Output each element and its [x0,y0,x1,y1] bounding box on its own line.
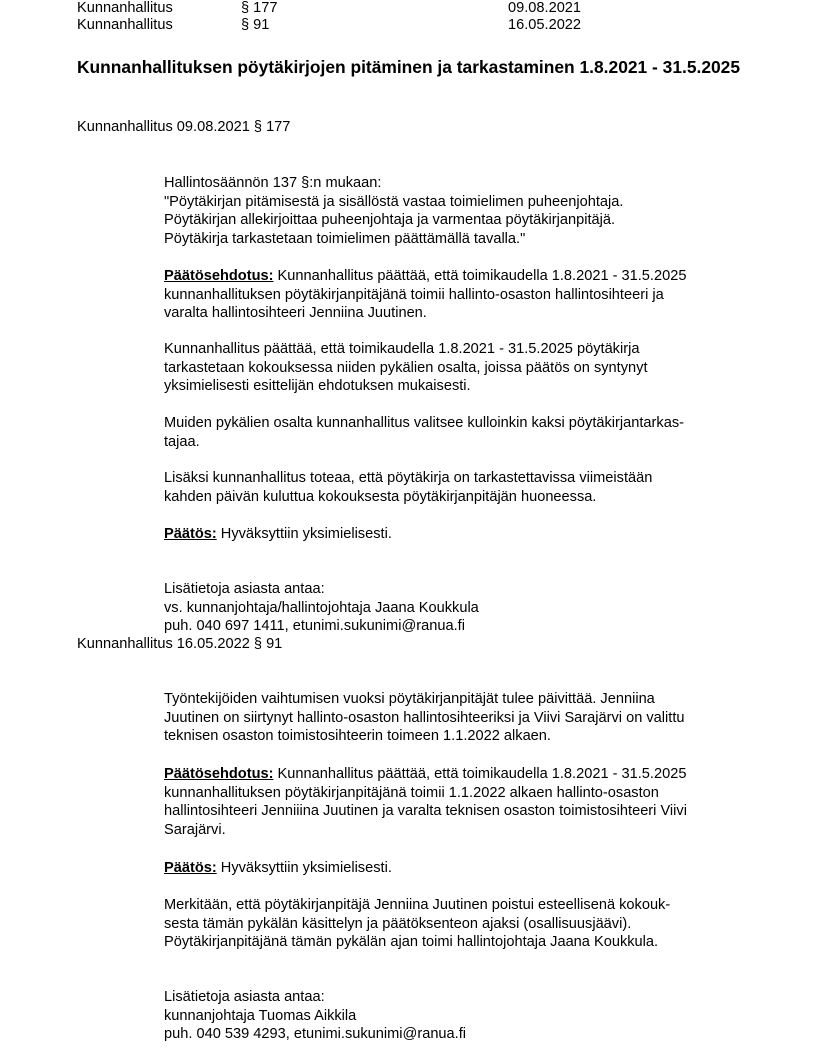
section-heading-2: Kunnanhallitus 16.05.2022 § 91 [77,636,282,653]
section-1-paragraph-2: Muiden pykälien osalta kunnanhallitus va… [164,414,764,451]
section-2-paragraph-1: Merkitään, että pöytäkirjanpitäjä Jennii… [164,896,764,952]
intro-line: Pöytäkirja tarkastetaan toimielimen päät… [164,230,764,249]
contact-line: kunnanjohtaja Tuomas Aikkila [164,1007,764,1026]
paragraph-line: Kunnanhallitus päättää, että toimikaudel… [164,340,764,359]
proposal-text: varalta hallintosihteeri Jenniina Juutin… [164,304,764,323]
decision-label: Päätös: [164,526,217,542]
contact-email-line: puh. 040 539 4293, etunimi.sukunimi@ranu… [164,1025,764,1044]
proposal-text: kunnanhallituksen pöytäkirjanpitäjänä to… [164,784,764,803]
proposal-text: Kunnanhallitus päättää, että toimikaudel… [273,766,686,782]
header-section-2: § 91 [241,17,269,34]
decision-text: Hyväksyttiin yksimielisesti. [217,526,392,542]
document-title: Kunnanhallituksen pöytäkirjojen pitämine… [77,56,757,78]
header-date-2: 16.05.2022 [508,17,581,34]
paragraph-line: Pöytäkirjanpitäjänä tämän pykälän ajan t… [164,933,764,952]
contact-line: Lisätietoja asiasta antaa: [164,988,764,1007]
contact-line: Lisätietoja asiasta antaa: [164,580,764,599]
proposal-label: Päätösehdotus: [164,268,273,284]
section-2-intro: Työntekijöiden vaihtumisen vuoksi pöytäk… [164,690,764,746]
section-heading-1: Kunnanhallitus 09.08.2021 § 177 [77,119,290,136]
paragraph-line: kahden päivän kuluttua kokouksesta pöytä… [164,488,764,507]
intro-line: Juutinen on siirtynyt hallinto-osaston h… [164,709,764,728]
decision-text: Hyväksyttiin yksimielisesti. [217,860,392,876]
header-date-1: 09.08.2021 [508,0,581,17]
section-1-paragraph-1: Kunnanhallitus päättää, että toimikaudel… [164,340,764,396]
paragraph-line: Merkitään, että pöytäkirjanpitäjä Jennii… [164,896,764,915]
section-2-proposal: Päätösehdotus: Kunnanhallitus päättää, e… [164,765,764,839]
section-1-contact: Lisätietoja asiasta antaa: vs. kunnanjoh… [164,580,764,636]
contact-email-line: puh. 040 697 1411, etunimi.sukunimi@ranu… [164,617,764,636]
proposal-label: Päätösehdotus: [164,766,273,782]
paragraph-line: tajaa. [164,433,764,452]
proposal-text: kunnanhallituksen pöytäkirjanpitäjänä to… [164,286,764,305]
paragraph-line: tarkastetaan kokouksessa niiden pykälien… [164,359,764,378]
proposal-text: hallintosihteeri Jenniiina Juutinen ja v… [164,802,764,821]
intro-line: Työntekijöiden vaihtumisen vuoksi pöytäk… [164,690,764,709]
intro-line: Hallintosäännön 137 §:n mukaan: [164,174,764,193]
decision-label: Päätös: [164,860,217,876]
section-2-decision: Päätös: Hyväksyttiin yksimielisesti. [164,859,764,878]
proposal-text: Kunnanhallitus päättää, että toimikaudel… [273,268,686,284]
section-1-decision: Päätös: Hyväksyttiin yksimielisesti. [164,525,764,544]
paragraph-line: sesta tämän pykälän käsittelyn ja päätök… [164,915,764,934]
intro-line: "Pöytäkirjan pitämisestä ja sisällöstä v… [164,193,764,212]
intro-line: Pöytäkirjan allekirjoittaa puheenjohtaja… [164,211,764,230]
paragraph-line: Muiden pykälien osalta kunnanhallitus va… [164,414,764,433]
header-section-1: § 177 [241,0,278,17]
section-1-intro: Hallintosäännön 137 §:n mukaan: "Pöytäki… [164,174,764,248]
contact-line: vs. kunnanjohtaja/hallintojohtaja Jaana … [164,599,764,618]
header-body-1: Kunnanhallitus [77,0,173,17]
proposal-text: Sarajärvi. [164,821,764,840]
section-1-proposal: Päätösehdotus: Kunnanhallitus päättää, e… [164,267,764,323]
header-body-2: Kunnanhallitus [77,17,173,34]
section-2-contact: Lisätietoja asiasta antaa: kunnanjohtaja… [164,988,764,1044]
paragraph-line: yksimielisesti esittelijän ehdotuksen mu… [164,377,764,396]
paragraph-line: Lisäksi kunnanhallitus toteaa, että pöyt… [164,469,764,488]
intro-line: teknisen osaston toimistosihteerin toime… [164,727,764,746]
section-1-paragraph-3: Lisäksi kunnanhallitus toteaa, että pöyt… [164,469,764,506]
